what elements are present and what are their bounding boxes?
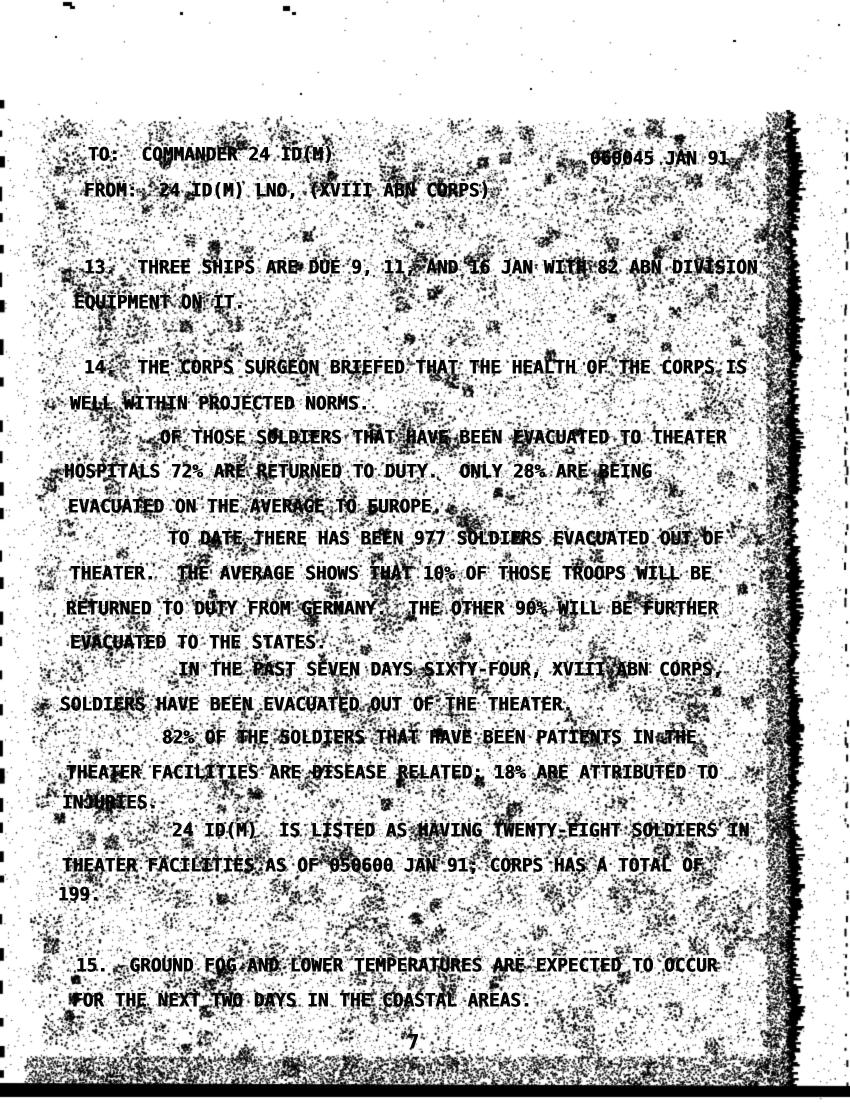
doc-line: 15. GROUND FOG AND LOWER TEMPERATURES AR… [76, 957, 718, 976]
doc-line: EVACUATED ON THE AVERAGE TO EUROPE. [68, 498, 442, 517]
doc-line: 24 ID(M) IS LISTED AS HAVING TWENTY-EIGH… [172, 822, 749, 841]
from-line: FROM: 24 ID(M) LNO, (XVIII ABN CORPS) [84, 182, 490, 201]
doc-line: 14. THE CORPS SURGEON BRIEFED THAT THE H… [84, 359, 747, 378]
doc-line: RETURNED TO DUTY FROM GERMANY. THE OTHER… [66, 600, 718, 619]
scanned-document-page: TO: COMMANDER 24 ID(M) 060045 JAN 91 FRO… [0, 0, 850, 1103]
doc-line: EVACUATED TO THE STATES. [70, 634, 327, 653]
doc-line: THEATER. THE AVERAGE SHOWS THAT 10% OF T… [70, 565, 712, 584]
doc-line: EQUIPMENT ON IT. [74, 294, 245, 313]
doc-line: HOSPITALS 72% ARE RETURNED TO DUTY. ONLY… [64, 463, 652, 482]
to-line: TO: COMMANDER 24 ID(M) [88, 146, 334, 165]
page-number: 7 [408, 1033, 419, 1052]
doc-line: THEATER FACILITIES ARE DISEASE RELATED; … [66, 764, 718, 783]
date-time-group: 060045 JAN 91 [590, 150, 729, 169]
doc-line: 82% OF THE SOLDIERS THAT HAVE BEEN PATIE… [162, 729, 697, 748]
doc-line: WELL WITHIN PROJECTED NORMS. [70, 395, 369, 414]
doc-line: IN THE PAST SEVEN DAYS SIXTY-FOUR, XVIII… [178, 661, 723, 680]
doc-line: INJURIES. [62, 794, 158, 813]
doc-line: SOLDIERS HAVE BEEN EVACUATED OUT OF THE … [60, 696, 573, 715]
doc-line: 13. THREE SHIPS ARE DUE 9, 11, AND 16 JA… [84, 259, 758, 278]
doc-line: FOR THE NEXT TWO DAYS IN THE COASTAL ARE… [72, 992, 532, 1011]
doc-line: OF THOSE SOLDIERS THAT HAVE BEEN EVACUAT… [160, 429, 727, 448]
doc-line: 199. [58, 886, 101, 905]
doc-line: THEATER FACILITIES AS OF 050600 JAN 91; … [62, 857, 704, 876]
doc-line: TO DATE THERE HAS BEEN 977 SOLDIERS EVAC… [168, 530, 724, 549]
